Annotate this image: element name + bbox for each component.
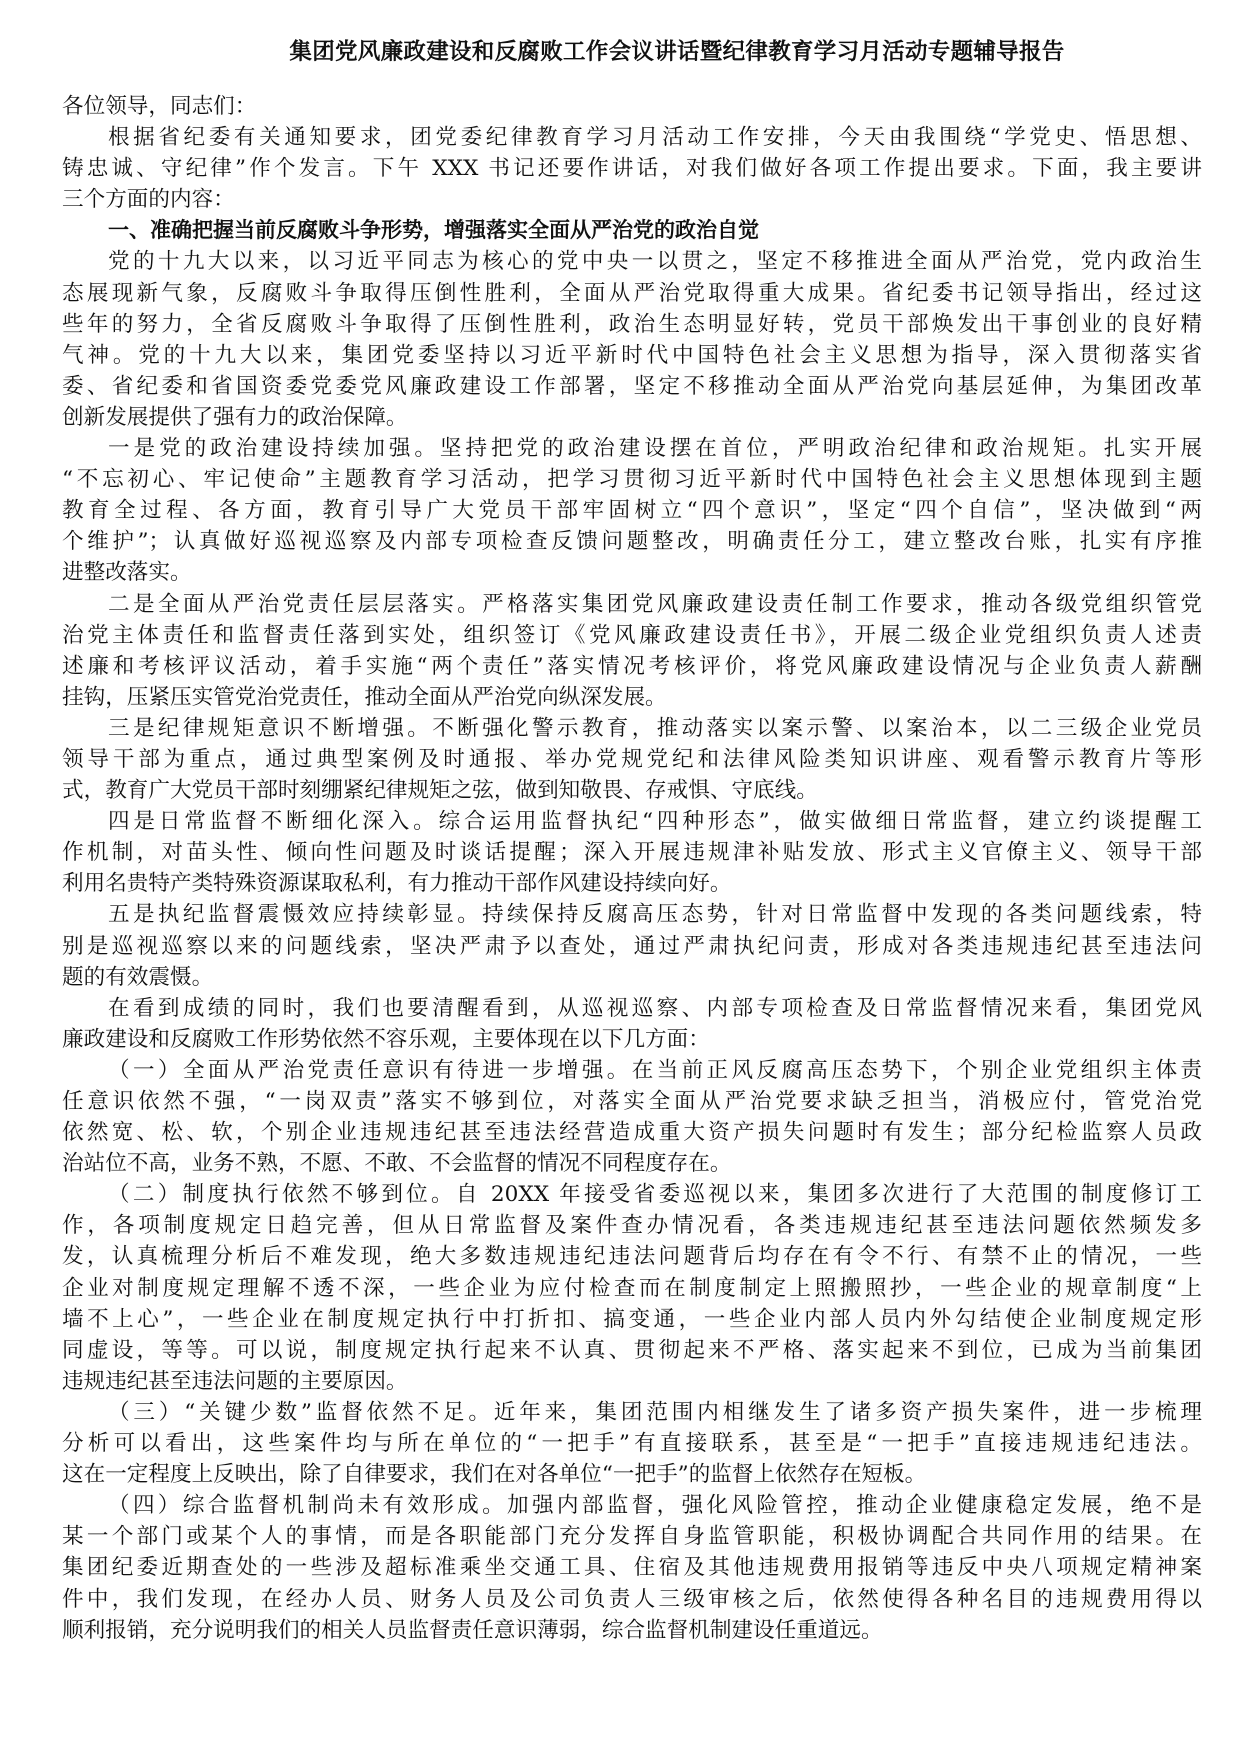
text-line: 教育全过程、各方面，教育引导广大党员干部牢固树立“四个意识”，坚定“四个自信”，… [62, 495, 1202, 526]
text-line: 治站位不高，业务不熟，不愿、不敢、不会监督的情况不同程度存在。 [62, 1148, 1202, 1179]
text-line: 分析可以看出，这些案件均与所在单位的“一把手”有直接联系，甚至是“一把手”直接违… [62, 1428, 1202, 1459]
paragraph: 在看到成绩的同时，我们也要清醒看到，从巡视巡察、内部专项检查及日常监督情况来看，… [62, 993, 1202, 1055]
text-line: 企业对制度规定理解不透不深，一些企业为应付检查而在制度制定上照搬照抄，一些企业的… [62, 1273, 1202, 1304]
text-line: 个维护”；认真做好巡视巡察及内部专项检查反馈问题整改，明确责任分工，建立整改台账… [62, 526, 1202, 557]
text-line: 创新发展提供了强有力的政治保障。 [62, 402, 1202, 433]
text-line: 违规违纪甚至违法问题的主要原因。 [62, 1366, 1202, 1397]
text-line: 在看到成绩的同时，我们也要清醒看到，从巡视巡察、内部专项检查及日常监督情况来看，… [62, 993, 1202, 1024]
paragraph: 党的十九大以来，以习近平同志为核心的党中央一以贯之，坚定不移推进全面从严治党，党… [62, 246, 1202, 433]
text-line: （二）制度执行依然不够到位。自 20XX 年接受省委巡视以来，集团多次进行了大范… [62, 1179, 1202, 1210]
paragraph: 根据省纪委有关通知要求，团党委纪律教育学习月活动工作安排，今天由我围绕“学党史、… [62, 122, 1202, 215]
text-line: 作，各项制度规定日趋完善，但从日常监督及案件查办情况看，各类违规违纪甚至违法问题… [62, 1210, 1202, 1241]
paragraph: （三）“关键少数”监督依然不足。近年来，集团范围内相继发生了诸多资产损失案件，进… [62, 1397, 1202, 1490]
text-line: 一、准确把握当前反腐败斗争形势，增强落实全面从严治党的政治自觉 [62, 215, 1202, 246]
text-line: （四）综合监督机制尚未有效形成。加强内部监督，强化风险管控，推动企业健康稳定发展… [62, 1490, 1202, 1521]
text-line: 别是巡视巡察以来的问题线索，坚决严肃予以查处，通过严肃执纪问责，形成对各类违规违… [62, 931, 1202, 962]
text-line: 廉政建设和反腐败工作形势依然不容乐观，主要体现在以下几方面： [62, 1024, 1202, 1055]
text-line: 作机制，对苗头性、倾向性问题及时谈话提醒；深入开展违规津补贴发放、形式主义官僚主… [62, 837, 1202, 868]
paragraph: 二是全面从严治党责任层层落实。严格落实集团党风廉政建设责任制工作要求，推动各级党… [62, 589, 1202, 713]
text-line: 一是党的政治建设持续加强。坚持把党的政治建设摆在首位，严明政治纪律和政治规矩。扎… [62, 433, 1202, 464]
text-line: 述廉和考核评议活动，着手实施“两个责任”落实情况考核评价，将党风廉政建设情况与企… [62, 651, 1202, 682]
text-line: 挂钩，压紧压实管党治党责任，推动全面从严治党向纵深发展。 [62, 682, 1202, 713]
text-line: 三个方面的内容： [62, 184, 1202, 215]
paragraph: 三是纪律规矩意识不断增强。不断强化警示教育，推动落实以案示警、以案治本，以二三级… [62, 713, 1202, 806]
text-line: 这在一定程度上反映出，除了自律要求，我们在对各单位“一把手”的监督上依然存在短板… [62, 1459, 1202, 1490]
paragraph: 一是党的政治建设持续加强。坚持把党的政治建设摆在首位，严明政治纪律和政治规矩。扎… [62, 433, 1202, 588]
text-line: 依然宽、松、软，个别企业违规违纪甚至违法经营造成重大资产损失问题时有发生；部分纪… [62, 1117, 1202, 1148]
text-line: 式，教育广大党员干部时刻绷紧纪律规矩之弦，做到知敬畏、存戒惧、守底线。 [62, 775, 1202, 806]
text-line: 委、省纪委和省国资委党委党风廉政建设工作部署，坚定不移推动全面从严治党向基层延伸… [62, 371, 1202, 402]
text-line: 态展现新气象，反腐败斗争取得压倒性胜利，全面从严治党取得重大成果。省纪委书记领导… [62, 278, 1202, 309]
paragraph: （四）综合监督机制尚未有效形成。加强内部监督，强化风险管控，推动企业健康稳定发展… [62, 1490, 1202, 1645]
text-line: 进整改落实。 [62, 557, 1202, 588]
text-line: 根据省纪委有关通知要求，团党委纪律教育学习月活动工作安排，今天由我围绕“学党史、… [62, 122, 1202, 153]
text-line: 发，认真梳理分析后不难发现，绝大多数违规违纪违法问题背后均存在有令不行、有禁不止… [62, 1241, 1202, 1272]
text-line: 铸忠诚、守纪律”作个发言。下午 XXX 书记还要作讲话，对我们做好各项工作提出要… [62, 153, 1202, 184]
text-line: 集团纪委近期查处的一些涉及超标准乘坐交通工具、住宿及其他违规费用报销等违反中央八… [62, 1552, 1202, 1583]
text-line: 二是全面从严治党责任层层落实。严格落实集团党风廉政建设责任制工作要求，推动各级党… [62, 589, 1202, 620]
text-line: 领导干部为重点，通过典型案例及时通报、举办党规党纪和法律风险类知识讲座、观看警示… [62, 744, 1202, 775]
text-line: 四是日常监督不断细化深入。综合运用监督执纪“四种形态”，做实做细日常监督，建立约… [62, 806, 1202, 837]
text-line: 同虚设，等等。可以说，制度规定执行起来不认真、贯彻起来不严格、落实起来不到位，已… [62, 1335, 1202, 1366]
text-line: 治党主体责任和监督责任落到实处，组织签订《党风廉政建设责任书》，开展二级企业党组… [62, 620, 1202, 651]
text-line: 某一个部门或某个人的事情，而是各职能部门充分发挥自身监管职能，积极协调配合共同作… [62, 1521, 1202, 1552]
text-line: 些年的努力，全省反腐败斗争取得了压倒性胜利，政治生态明显好转，党员干部焕发出干事… [62, 309, 1202, 340]
text-line: 五是执纪监督震慑效应持续彰显。持续保持反腐高压态势，针对日常监督中发现的各类问题… [62, 899, 1202, 930]
text-line: 利用名贵特产类特殊资源谋取私利，有力推动干部作风建设持续向好。 [62, 868, 1202, 899]
text-line: 气神。党的十九大以来，集团党委坚持以习近平新时代中国特色社会主义思想为指导，深入… [62, 340, 1202, 371]
text-line: 任意识依然不强，“一岗双责”落实不够到位，对落实全面从严治党要求缺乏担当，消极应… [62, 1086, 1202, 1117]
paragraph: 五是执纪监督震慑效应持续彰显。持续保持反腐高压态势，针对日常监督中发现的各类问题… [62, 899, 1202, 992]
text-line: （一）全面从严治党责任意识有待进一步增强。在当前正风反腐高压态势下，个别企业党组… [62, 1055, 1202, 1086]
paragraph: （二）制度执行依然不够到位。自 20XX 年接受省委巡视以来，集团多次进行了大范… [62, 1179, 1202, 1397]
paragraph: （一）全面从严治党责任意识有待进一步增强。在当前正风反腐高压态势下，个别企业党组… [62, 1055, 1202, 1179]
text-line: “不忘初心、牢记使命”主题教育学习活动，把学习贯彻习近平新时代中国特色社会主义思… [62, 464, 1202, 495]
paragraph: 四是日常监督不断细化深入。综合运用监督执纪“四种形态”，做实做细日常监督，建立约… [62, 806, 1202, 899]
salutation: 各位领导，同志们： [62, 91, 1202, 122]
document-title: 集团党风廉政建设和反腐败工作会议讲话暨纪律教育学习月活动专题辅导报告 [62, 34, 1202, 66]
text-line: 题的有效震慑。 [62, 962, 1202, 993]
section-heading: 一、准确把握当前反腐败斗争形势，增强落实全面从严治党的政治自觉 [62, 215, 1202, 246]
text-line: 三是纪律规矩意识不断增强。不断强化警示教育，推动落实以案示警、以案治本，以二三级… [62, 713, 1202, 744]
text-line: 件中，我们发现，在经办人员、财务人员及公司负责人三级审核之后，依然使得各种名目的… [62, 1584, 1202, 1615]
text-line: 墙不上心”，一些企业在制度规定执行中打折扣、搞变通，一些企业内部人员内外勾结使企… [62, 1304, 1202, 1335]
text-line: 党的十九大以来，以习近平同志为核心的党中央一以贯之，坚定不移推进全面从严治党，党… [62, 246, 1202, 277]
text-line: 顺利报销，充分说明我们的相关人员监督责任意识薄弱，综合监督机制建设任重道远。 [62, 1615, 1202, 1646]
text-line: （三）“关键少数”监督依然不足。近年来，集团范围内相继发生了诸多资产损失案件，进… [62, 1397, 1202, 1428]
document-body: 各位领导，同志们： 根据省纪委有关通知要求，团党委纪律教育学习月活动工作安排，今… [62, 91, 1202, 1646]
